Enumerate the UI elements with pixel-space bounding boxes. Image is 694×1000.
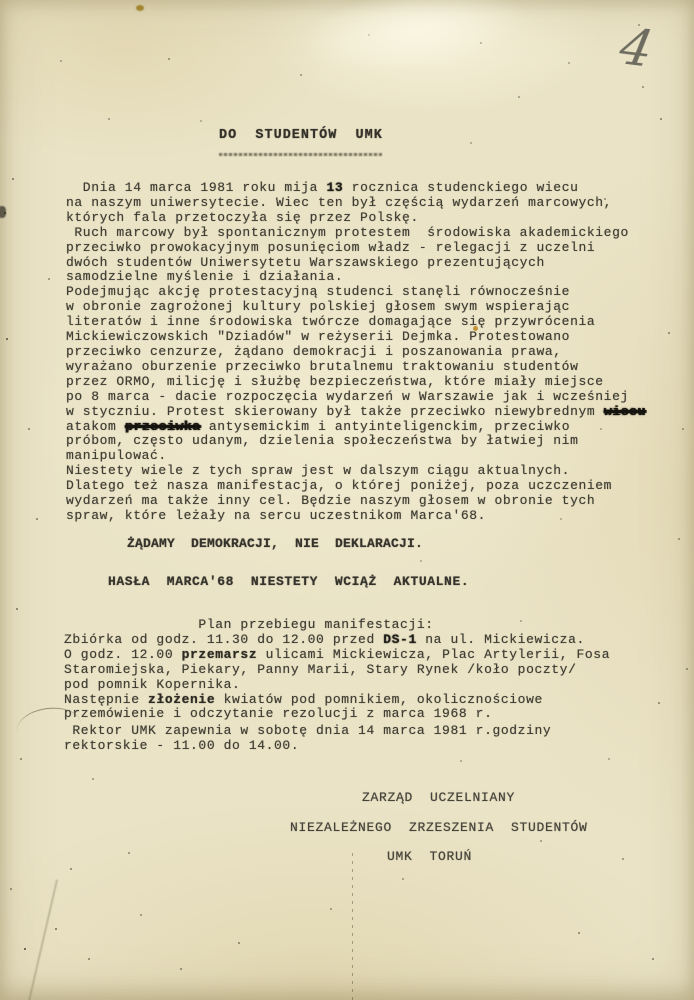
text-line: manipulować. (66, 449, 646, 464)
text-segment: Następnie (64, 692, 148, 707)
body-paragraphs: Dnia 14 marca 1981 roku mija 13 rocznica… (66, 181, 646, 524)
text-segment: Staromiejska, Piekary, Panny Marii, Star… (64, 662, 576, 677)
slogan-demokracji: ŻĄDAMY DEMOKRACJI, NIE DEKLARACJI. (127, 536, 423, 551)
text-segment: Niestety wiele z tych spraw jest w dalsz… (66, 463, 570, 478)
text-segment: Plan przebiegu manifestacji: (64, 617, 434, 632)
text-segment: wyrażano oburzenie przeciwko brutalnemu … (66, 359, 578, 374)
text-segment: rocznica studenckiego wiecu (343, 180, 578, 195)
rector-note: Rektor UMK zapewnia w sobotę dnia 14 mar… (64, 724, 551, 754)
text-line: po 8 marca - dacie rozpoczęcia wydarzeń … (66, 390, 646, 405)
text-segment: przeciwko cenzurze, żądano demokracji i … (66, 344, 562, 359)
text-segment: Ruch marcowy był spontanicznym protestem… (66, 225, 629, 240)
text-line: literatów i inne środowiska twórcze doma… (66, 315, 646, 330)
text-line: Niestety wiele z tych spraw jest w dalsz… (66, 464, 646, 479)
text-segment: O godz. 12.00 (64, 647, 182, 662)
struck-out-word: wiecu (604, 404, 646, 419)
text-line: w obronie zagrożonej kultury polskiej gł… (66, 300, 646, 315)
signature-organization-line1: ZARZĄD UCZELNIANY (362, 790, 515, 805)
text-segment: Rektor UMK zapewnia w sobotę dnia 14 mar… (64, 723, 551, 738)
signature-organization-line2: NIEZALEŻNEGO ZRZESZENIA STUDENTÓW (290, 820, 588, 835)
text-segment: Podejmując akcję protestacyjną studenci … (66, 284, 570, 299)
text-line: w styczniu. Protest skierowany był także… (66, 405, 646, 420)
text-segment: w styczniu. Protest skierowany był także… (66, 404, 604, 419)
text-line: Plan przebiegu manifestacji: (64, 618, 610, 633)
text-segment: Dnia 14 marca 1981 roku mija (66, 180, 326, 195)
text-line: Dnia 14 marca 1981 roku mija 13 rocznica… (66, 181, 646, 196)
text-segment: literatów i inne środowiska twórcze doma… (66, 314, 595, 329)
text-line: atakom przeciwka antysemickim i antyinte… (66, 420, 646, 435)
text-line: przeciwko prowokacyjnym posunięciom wład… (66, 241, 646, 256)
document-page: 4 DO STUDENTÓW UMK Dnia 14 marca 1981 ro… (0, 0, 694, 1000)
text-line: Podejmując akcję protestacyjną studenci … (66, 285, 646, 300)
text-line: Staromiejska, Piekary, Panny Marii, Star… (64, 663, 610, 678)
text-line: próbom, często udanym, dzielenia społecz… (66, 434, 646, 449)
text-segment: manipulować. (66, 448, 167, 463)
text-segment: Mickiewiczowskich "Dziadów" w reżyserii … (66, 329, 570, 344)
text-segment: kwiatów pod pomnikiem, okolicznościowe (215, 692, 543, 707)
text-segment: Dlatego też nasza manifestacja, o której… (66, 478, 612, 493)
text-line: przeciwko cenzurze, żądano demokracji i … (66, 345, 646, 360)
text-segment: antysemickim i antyinteligenckim, przeci… (200, 419, 570, 434)
text-segment: w obronie zagrożonej kultury polskiej gł… (66, 299, 570, 314)
title-underline (219, 153, 382, 156)
text-line: których fala przetoczyła się przez Polsk… (66, 211, 646, 226)
text-segment: atakom (66, 419, 125, 434)
text-line: wyrażano oburzenie przeciwko brutalnemu … (66, 360, 646, 375)
text-line: Zbiórka od godz. 11.30 do 12.00 przed DS… (64, 633, 610, 648)
text-segment: dwóch studentów Uniwersytetu Warszawskie… (66, 255, 545, 270)
text-segment: których fala przetoczyła się przez Polsk… (66, 210, 419, 225)
text-line: O godz. 12.00 przemarsz ulicami Mickiewi… (64, 648, 610, 663)
text-line: rektorskie - 11.00 do 14.00. (64, 739, 551, 754)
paper-ink-blot-left (0, 206, 6, 218)
manifestation-plan: Plan przebiegu manifestacji:Zbiórka od g… (64, 618, 610, 722)
text-line: Ruch marcowy był spontanicznym protestem… (66, 226, 646, 241)
text-line: samodzielne myślenie i działania. (66, 270, 646, 285)
text-line: Następnie złożenie kwiatów pod pomnikiem… (64, 693, 610, 708)
document-title: DO STUDENTÓW UMK (219, 128, 383, 143)
text-segment: na ul. Mickiewicza. (417, 632, 585, 647)
text-line: dwóch studentów Uniwersytetu Warszawskie… (66, 256, 646, 271)
text-segment: na naszym uniwersytecie. Wiec ten był cz… (66, 195, 612, 210)
text-line: pod pomnik Kopernika. (64, 678, 610, 693)
text-segment: rektorskie - 11.00 do 14.00. (64, 738, 299, 753)
text-segment: po 8 marca - dacie rozpoczęcia wydarzeń … (66, 389, 629, 404)
paper-crease-highlight (296, 0, 534, 84)
text-segment: pod pomnik Kopernika. (64, 677, 240, 692)
text-segment: wydarzeń ma także inny cel. Będzie naszy… (66, 493, 595, 508)
text-segment: spraw, które leżały na sercu uczestnikom… (66, 508, 486, 523)
text-line: przemówienie i odczytanie rezolucji z ma… (64, 707, 610, 722)
text-segment: DS-1 (383, 632, 417, 647)
paper-crease-bottom-left (28, 879, 58, 1000)
text-line: na naszym uniwersytecie. Wiec ten był cz… (66, 196, 646, 211)
signature-organization-line3: UMK TORUŃ (387, 849, 472, 864)
text-segment: złożenie (148, 692, 215, 707)
text-segment: przemarsz (182, 647, 258, 662)
handwritten-page-number: 4 (613, 14, 672, 88)
paper-fold-line (352, 853, 353, 1000)
text-segment: przez ORMO, milicję i służbę bezpieczeńs… (66, 374, 604, 389)
slogan-hasla-marca: HASŁA MARCA'68 NIESTETY WCIĄŻ AKTUALNE. (108, 574, 469, 589)
text-segment: Zbiórka od godz. 11.30 do 12.00 przed (64, 632, 383, 647)
text-segment: ulicami Mickiewicza, Plac Artylerii, Fos… (257, 647, 610, 662)
text-line: przez ORMO, milicję i służbę bezpieczeńs… (66, 375, 646, 390)
text-line: Rektor UMK zapewnia w sobotę dnia 14 mar… (64, 724, 551, 739)
text-segment: próbom, często udanym, dzielenia społecz… (66, 433, 578, 448)
struck-out-word: przeciwka (125, 419, 201, 434)
text-segment: samodzielne myślenie i działania. (66, 269, 343, 284)
paper-stain-top (136, 5, 144, 11)
text-segment: przeciwko prowokacyjnym posunięciom wład… (66, 240, 595, 255)
text-line: spraw, które leżały na sercu uczestnikom… (66, 509, 646, 524)
text-line: wydarzeń ma także inny cel. Będzie naszy… (66, 494, 646, 509)
text-segment: przemówienie i odczytanie rezolucji z ma… (64, 706, 492, 721)
paper-speckles (0, 0, 2, 2)
text-line: Dlatego też nasza manifestacja, o której… (66, 479, 646, 494)
text-line: Mickiewiczowskich "Dziadów" w reżyserii … (66, 330, 646, 345)
text-segment: 13 (326, 180, 343, 195)
